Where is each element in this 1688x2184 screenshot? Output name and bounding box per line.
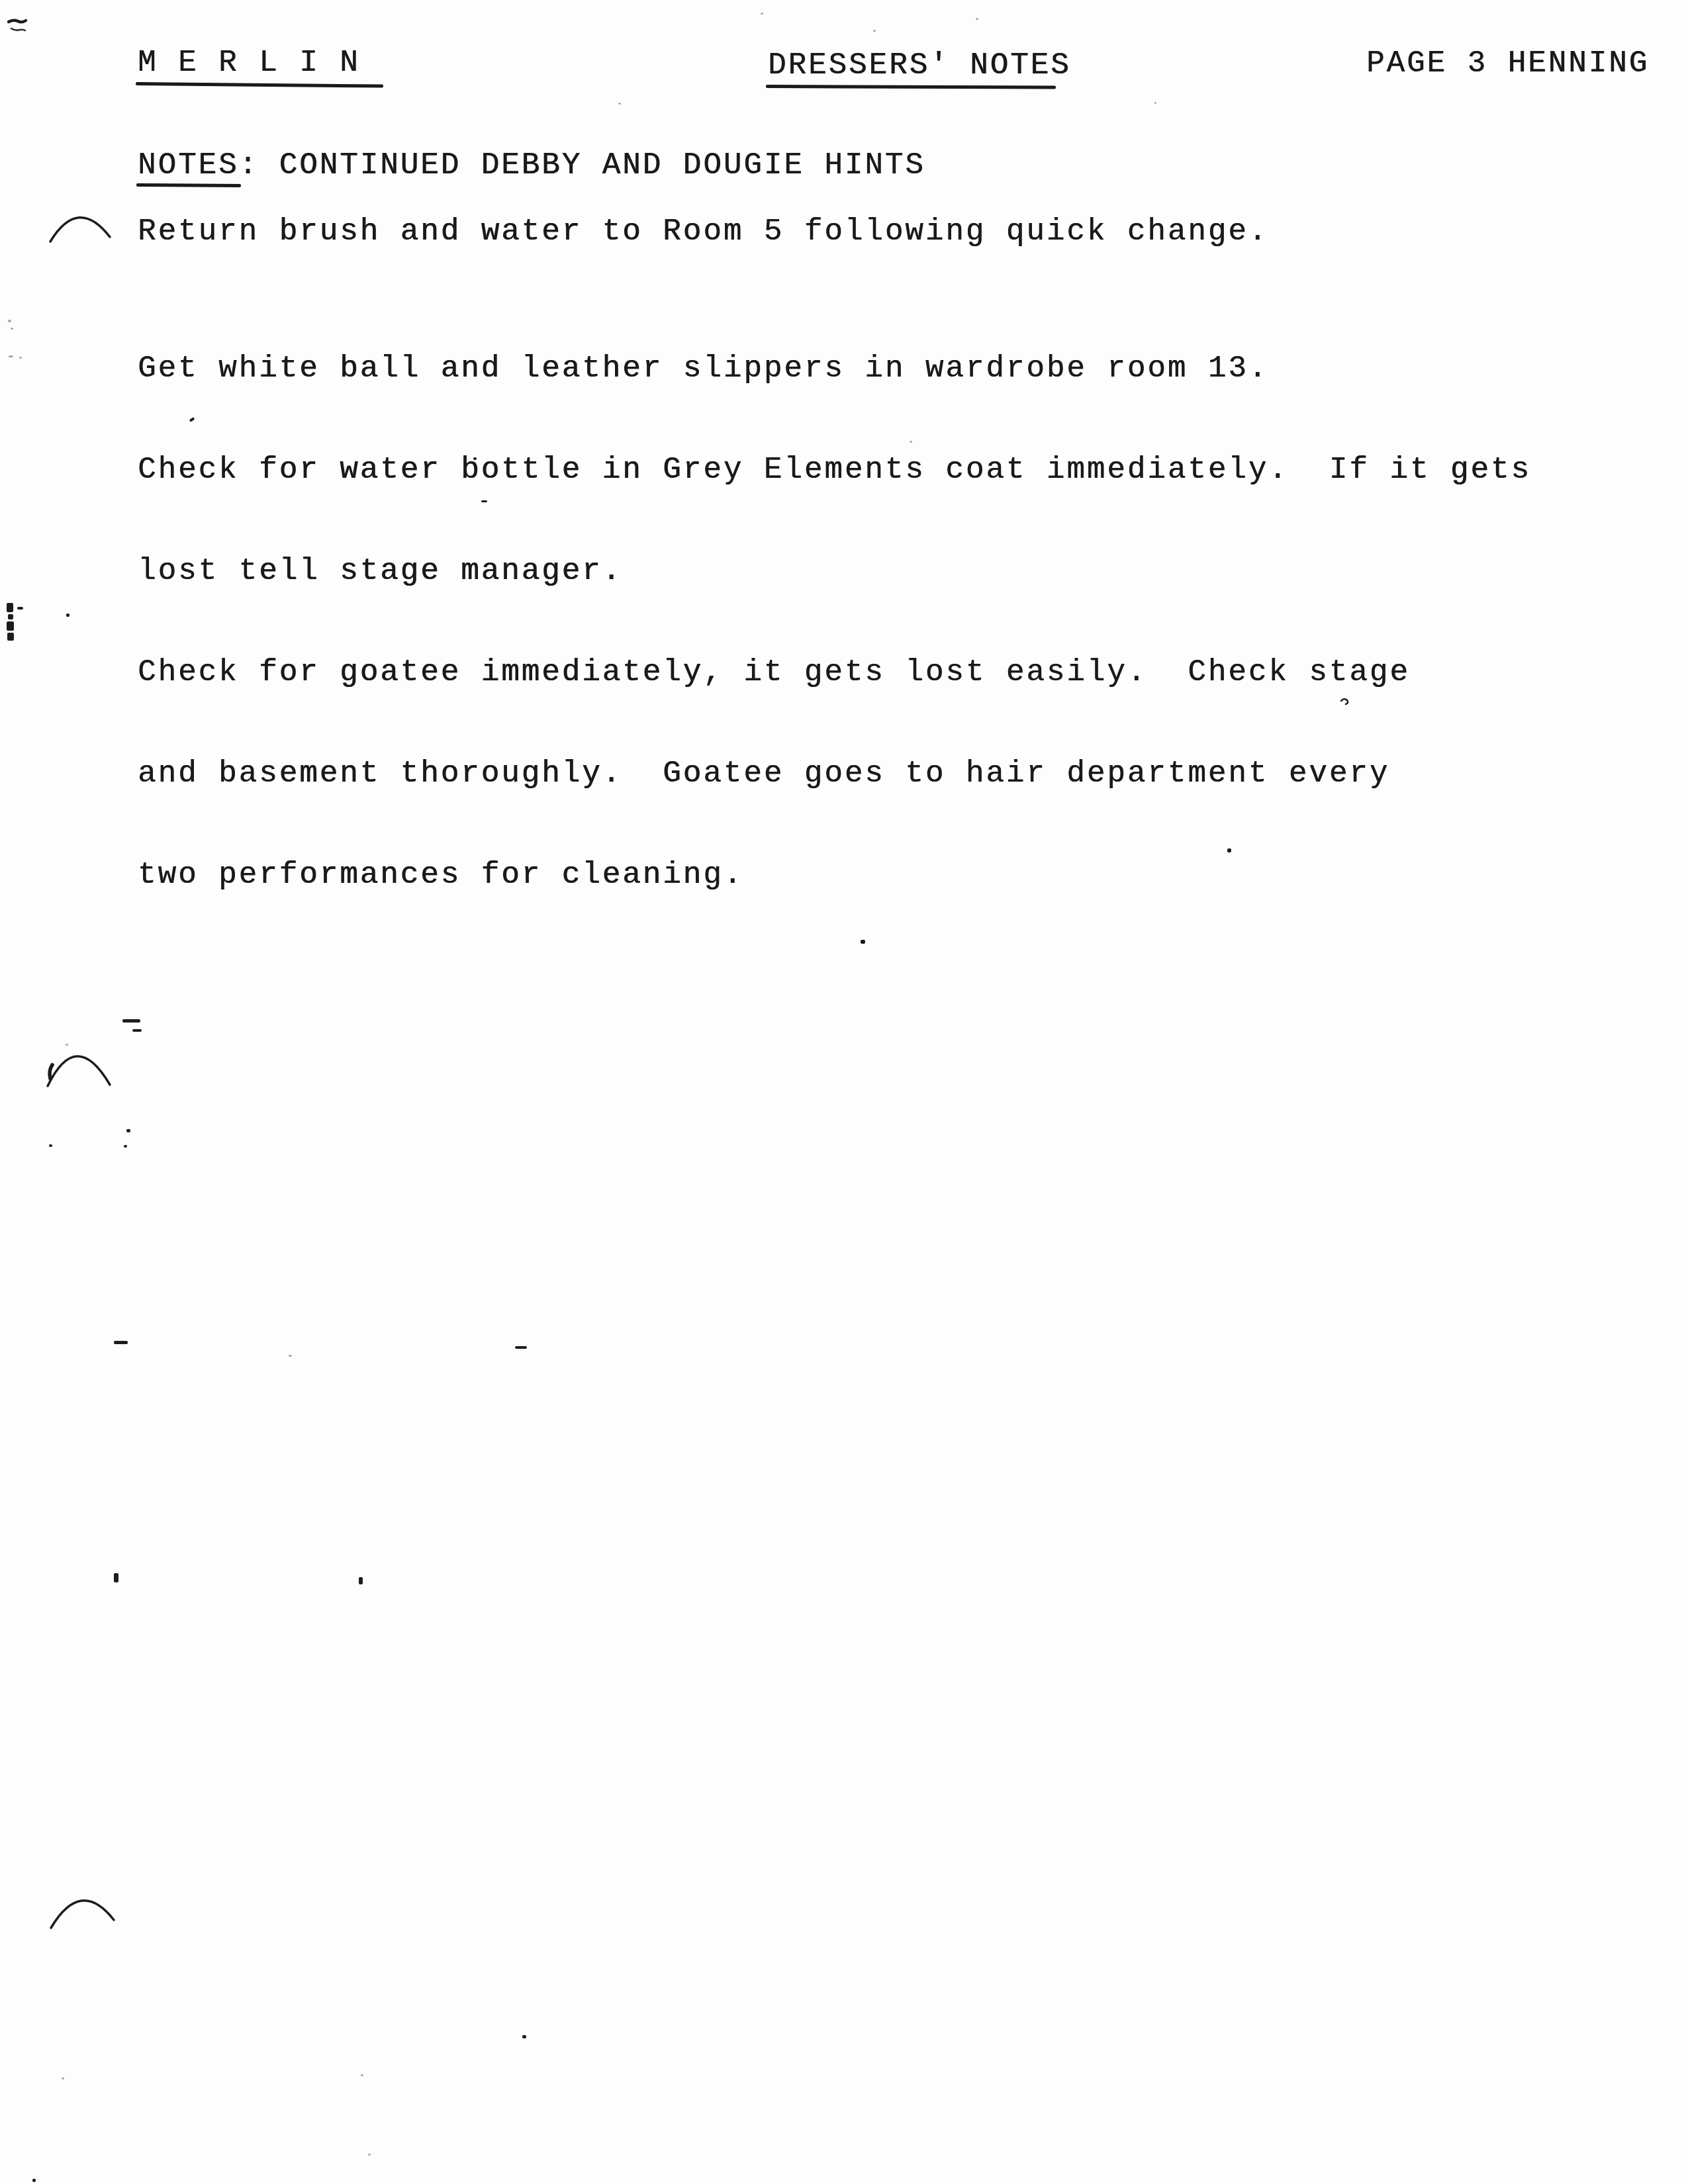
ink-dot-artifact: [49, 1144, 52, 1147]
scan-speck: [761, 13, 763, 15]
ink-dash-artifact: [114, 1341, 128, 1344]
scan-artifacts-layer: [0, 0, 1688, 2184]
scan-speck: [9, 355, 13, 357]
ink-dot-artifact: [124, 1145, 127, 1148]
ink-curl-artifact: [1341, 699, 1348, 704]
pen-arc-artifact: [51, 1901, 114, 1928]
ink-dot-artifact: [32, 2179, 36, 2182]
ink-dash-artifact: [515, 1346, 527, 1349]
scan-speck: [368, 2154, 371, 2156]
scan-speck: [11, 328, 13, 330]
ink-blot-artifact: [7, 621, 14, 631]
typewritten-document-page: M E R L I N DRESSERS' NOTES PAGE 3 HENNI…: [0, 0, 1688, 2184]
scan-speck: [976, 18, 978, 20]
scan-speck: [289, 1355, 292, 1357]
ink-blot-artifact: [7, 603, 13, 612]
ink-blot-artifact: [359, 1577, 363, 1584]
scan-speck: [19, 357, 22, 359]
scan-speck: [873, 30, 876, 32]
scan-speck: [8, 320, 11, 322]
ink-dot-artifact: [522, 2035, 526, 2038]
scan-speck: [66, 1044, 68, 1046]
ink-blot-artifact: [7, 633, 14, 641]
ink-dash-artifact: [132, 1029, 142, 1032]
scan-speck: [1154, 102, 1156, 104]
ink-dot-artifact: [473, 457, 477, 460]
ink-dot-artifact: [126, 1129, 130, 1132]
scan-speck: [62, 2077, 64, 2079]
ink-dot-artifact: [1227, 848, 1231, 852]
scan-speck: [910, 441, 912, 443]
pen-arc-artifact: [50, 218, 110, 242]
ink-dot-artifact: [66, 614, 70, 617]
ink-dot-artifact: [861, 940, 865, 944]
ink-dash-artifact: [122, 1019, 140, 1023]
scan-scribble-mark: [9, 21, 26, 23]
pen-arc-artifact: [48, 1056, 110, 1086]
ink-blot-artifact: [8, 614, 13, 619]
ink-blot-artifact: [114, 1573, 118, 1582]
scan-scribble-mark: [11, 28, 25, 30]
ink-dash-artifact: [17, 607, 23, 610]
ink-dash-artifact: [481, 500, 487, 502]
scan-speck: [361, 2074, 363, 2076]
scan-speck: [618, 103, 621, 105]
